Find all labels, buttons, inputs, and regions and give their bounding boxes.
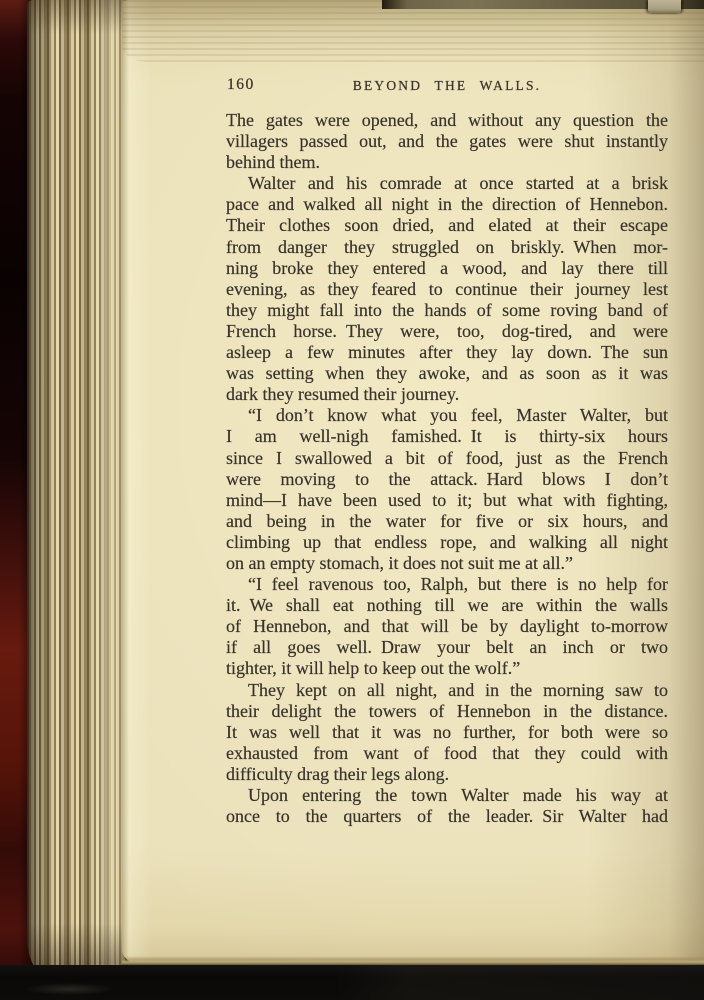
text-line: from danger they struggled on briskly. W… bbox=[226, 237, 668, 258]
paragraph: “I feel ravenous too, Ralph, but there i… bbox=[226, 574, 668, 679]
text-line: since I swallowed a bit of food, just as… bbox=[226, 448, 668, 469]
paragraph: They kept on all night, and in the morni… bbox=[226, 680, 668, 785]
paragraph: The gates were opened, and without any q… bbox=[226, 110, 668, 173]
text-line: Upon entering the town Walter made his w… bbox=[226, 785, 668, 806]
text-line: “I feel ravenous too, Ralph, but there i… bbox=[226, 574, 668, 595]
text-line: of Hennebon, and that will be by dayligh… bbox=[226, 616, 668, 637]
text-line: dark they resumed their journey. bbox=[226, 384, 668, 405]
page-content: 160 BEYOND THE WALLS. The gates were ope… bbox=[122, 0, 704, 966]
text-line: was setting when they awoke, and as soon… bbox=[226, 363, 668, 384]
page-header: 160 BEYOND THE WALLS. bbox=[226, 74, 668, 96]
text-line: mind—I have been used to it; but what wi… bbox=[226, 490, 668, 511]
text-line: villagers passed out, and the gates were… bbox=[226, 131, 668, 152]
paragraph: “I don’t know what you feel, Master Walt… bbox=[226, 405, 668, 574]
text-line: behind them. bbox=[226, 152, 668, 173]
text-line: Walter and his comrade at once started a… bbox=[226, 173, 668, 194]
text-line: exhausted from want of food that they co… bbox=[226, 743, 668, 764]
book-photo: 160 BEYOND THE WALLS. The gates were ope… bbox=[0, 0, 704, 1000]
text-line: ning broke they entered a wood, and lay … bbox=[226, 258, 668, 279]
text-line: asleep a few minutes after they lay down… bbox=[226, 342, 668, 363]
text-line: French horse. They were, too, dog-tired,… bbox=[226, 321, 668, 342]
text-line: pace and walked all night in the directi… bbox=[226, 194, 668, 215]
body-text: The gates were opened, and without any q… bbox=[226, 110, 668, 827]
text-line: They kept on all night, and in the morni… bbox=[226, 680, 668, 701]
text-line: on an empty stomach, it does not suit me… bbox=[226, 553, 668, 574]
text-line: they might fall into the hands of some r… bbox=[226, 300, 668, 321]
text-line: if all goes well. Draw your belt an inch… bbox=[226, 637, 668, 658]
text-line: difficulty drag their legs along. bbox=[226, 764, 668, 785]
text-line: and being in the water for five or six h… bbox=[226, 511, 668, 532]
text-line: The gates were opened, and without any q… bbox=[226, 110, 668, 131]
paragraph: Walter and his comrade at once started a… bbox=[226, 173, 668, 405]
text-line: their delight the towers of Hennebon in … bbox=[226, 701, 668, 722]
fore-edge-page-stack bbox=[27, 0, 125, 982]
text-line: tighter, it will help to keep out the wo… bbox=[226, 658, 668, 679]
paragraph: Upon entering the town Walter made his w… bbox=[226, 785, 668, 827]
text-line: “I don’t know what you feel, Master Walt… bbox=[226, 405, 668, 426]
text-line: evening, as they feared to continue thei… bbox=[226, 279, 668, 300]
text-line: were moving to the attack. Hard blows I … bbox=[226, 469, 668, 490]
text-line: Their clothes soon dried, and elated at … bbox=[226, 215, 668, 236]
text-line: climbing up that endless rope, and walki… bbox=[226, 532, 668, 553]
text-line: once to the quarters of the leader. Sir … bbox=[226, 806, 668, 827]
text-line: It was well that it was no further, for … bbox=[226, 722, 668, 743]
text-line: I am well-nigh famished. It is thirty-si… bbox=[226, 426, 668, 447]
table-surface bbox=[0, 965, 704, 1000]
running-header: BEYOND THE WALLS. bbox=[226, 75, 668, 97]
text-line: it. We shall eat nothing till we are wit… bbox=[226, 595, 668, 616]
